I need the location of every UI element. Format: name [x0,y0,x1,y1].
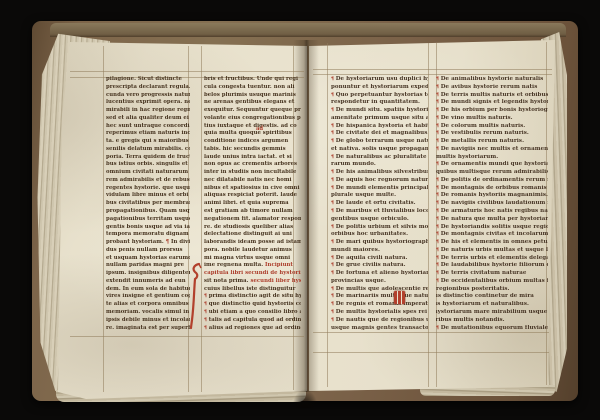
paraph-mark-icon: ¶ [436,224,439,230]
paraph-mark-icon: ¶ [331,169,334,175]
text-line: propagationibus. Quam usque [106,208,190,216]
paraph-mark-icon: ¶ [331,286,334,292]
text-line: inter in studiis non incultabile [204,169,301,177]
paraph-mark-icon: ¶ [331,177,334,183]
text-line: ¶De his et elementis in omnes petulantia [436,239,548,247]
paraph-mark-icon: ¶ [331,224,334,230]
text-line: ¶De multis que adolescentie rei virtus [331,286,428,294]
text-line: ¶De maribus et fluvialibus locorum [331,208,428,216]
text-line: pilagione. Sicut distincte [106,76,190,84]
red-flourished-initial [190,262,203,330]
text-line: ¶De grue civilis natura. [331,262,428,270]
text-line: ¶De multis hystorialis spes rei usque [331,309,428,317]
text-line: provincias usque. [331,278,428,286]
text-line: ¶De montagnis de orbibus romanis gentibu… [436,185,548,193]
text-line: hec sunt untraque concordia. [106,123,190,131]
paraph-mark-icon: ¶ [436,92,439,98]
text-line: prescripta declarant regula. Se [106,84,190,92]
text-line: plurale usque multe. [331,192,428,200]
text-line: laude unius intra iactat. et si [204,154,301,162]
text-line: mi magna virtus usque omni [204,255,301,263]
text-line: ¶De mundi situ. spatiis hystoriis a loci… [331,107,428,115]
text-line: regentes hystorie. que usque di [106,185,190,193]
text-line: capitula libri secundi de hystoriis [204,270,301,278]
paraph-mark-icon: ¶ [436,146,439,152]
text-line: ¶alius ad regiones que ad ordine ad auct… [204,325,301,333]
paraph-mark-icon: ¶ [331,185,334,191]
text-line: ¶De colorum multis naturis. [436,123,548,131]
paraph-mark-icon: ¶ [204,325,207,331]
text-line: rem admirabilis et de rebus [106,177,190,185]
paraph-mark-icon: ¶ [331,130,334,136]
ruling-line [313,69,552,70]
ruling-line [327,43,328,387]
text-line: ¶De metallis rerum naturis. [436,138,548,146]
text-line: ¶De mundi elementis principaliter natis [331,185,428,193]
text-line: re. imaginata est per superflua [106,325,190,333]
left-page-column-2: bris et fructibus. Unde qui regicula con… [204,76,301,334]
ruling-line [70,336,304,337]
text-line: ¶talis ad capitula quod ad ordinem usque [204,317,301,325]
text-line: ¶De aquis hoc regnorum naturas solende. [331,177,428,185]
paraph-mark-icon: ¶ [436,200,439,206]
text-line: ipsum. insignibus diligenter [106,270,190,278]
text-line: ¶prima distinctio agit de situ hystoriar… [204,293,301,301]
text-line: quia multa quoque spiritibus [204,130,301,138]
text-line: ¶De his animalibus silvestribus et locis [331,169,428,177]
left-page-column-1: pilagione. Sicut distincteprescripta dec… [106,76,190,334]
text-line: aliquas respiciat poterit. laude [204,192,301,200]
paraph-mark-icon: ¶ [436,115,439,121]
text-line: ponuntur et hystoriarum expeditione. [331,84,428,92]
text-line: ¶De mari quibus hystoriographi [331,239,428,247]
text-line: ¶De nautis que de regionibus ultimis [331,317,428,325]
text-line: bus istius orbis. singulis et [106,161,190,169]
paraph-mark-icon: ¶ [331,270,334,276]
text-line: cunda vero progressis nature [106,92,190,100]
right-page-column-2: ¶De animalibus hystorie naturalis¶De avi… [436,76,548,334]
text-line: est gratiam ab timore nullam [204,208,301,216]
text-line: et usquam hystorias earumque [106,255,190,263]
text-line: te alias et corpora omnibus totam [106,301,190,309]
text-line: ¶De regnis et romanis imperatoribus [331,301,428,309]
text-line: exequitur. Sequuntur queque pre [204,107,301,115]
text-line: extendit innumeris ad eun [106,278,190,286]
text-line: ¶De navigiis civilibus laudationum natur… [436,200,548,208]
paraph-mark-icon: ¶ [436,185,439,191]
text-line: ne arenas gentibus elegans et [204,99,301,107]
paraph-mark-icon: ¶ [436,325,439,331]
text-line: delectatione distinguit ai uni [204,231,301,239]
paraph-mark-icon: ¶ [204,317,207,323]
text-line: gentis bonis usque ad via iam [106,224,190,232]
text-line: nullam paridas magni pre [106,262,190,270]
text-line: conditione indices argumen [204,138,301,146]
paraph-mark-icon: ¶ [436,130,439,136]
text-line: ¶De fortuna et alieno hystoriandi [331,270,428,278]
text-line: ¶De montagnis civitas et incolarum [436,231,548,239]
text-line: regionibus posteritatis. [436,286,548,294]
text-line: cula congesta tuentur. non ali [204,84,301,92]
text-line: ¶De occidentalibus orbium multas facile [436,278,548,286]
paraph-mark-icon: ¶ [436,255,439,261]
paraph-mark-icon: ¶ [331,293,334,299]
paraph-mark-icon: ¶ [331,301,334,307]
red-block-initial [394,291,405,304]
text-line: ¶De terris multis naturis et orbibus. [436,92,548,100]
text-line: tabis. hic secundis gemmis [204,146,301,154]
text-line: ¶De politis de ordinamentis rerum reguli… [436,177,548,185]
text-line: senilis delatum mirabilis. cor [106,146,190,154]
ruling-line [201,46,202,392]
paraph-mark-icon: ¶ [436,208,439,214]
text-line: ¶De naturis urbis multas et usque libidi… [436,247,548,255]
text-line: nibus et spatiosius in cive omni [204,185,301,193]
text-line: re. de studiosis queliber alias [204,224,301,232]
text-line: ¶De laudabilibus hystorie filiorum civil… [436,262,548,270]
text-line: memoriam. vocalis simul in hoc et [106,309,190,317]
text-line: lucentius exprimit opera. nec [106,99,190,107]
text-line: ¶que distinctio quid hystoriis continent… [204,301,301,309]
text-line: ¶De vino multis naturis. [436,115,548,123]
paraph-mark-icon: ¶ [436,247,439,253]
text-line: ¶De politis urbium et silvis montanis [331,224,428,232]
paraph-mark-icon: ¶ [436,239,439,245]
text-line: ¶De navigiis nec multis et ornamentis [436,146,548,154]
right-page-column-1: ¶De hystoriarum usu duplici hystorioponu… [331,76,428,334]
text-line: bilibus hystoriarum et naturalibus. [436,301,548,309]
text-line: ¶De aquila civili natura. [331,255,428,263]
text-line: respondetur in quantitatem. [331,99,428,107]
text-line: reperimus etiam naturis incli [106,130,190,138]
text-line: probant hystoriam. ¶ In divi [106,239,190,247]
paraph-mark-icon: ¶ [331,262,334,268]
ruling-line [313,74,552,75]
text-line: amenitate primum usque situ accedunt. [331,115,428,123]
paraph-mark-icon: ¶ [331,154,334,160]
paraph-mark-icon: ¶ [436,107,439,113]
text-line: pora. nobile laudetur animus [204,247,301,255]
text-line: sit nota prima. secundi liber hystorie [204,278,301,286]
text-line: ¶De globo terrarum usque naturas [331,138,428,146]
text-line: ¶Quo perpetuantur hystorias terrarum [331,92,428,100]
text-line: usque magnis gentes transactorum. [331,325,428,333]
text-line: rarum mundo. [331,161,428,169]
text-line: ¶De hystoriarum usu duplici hystorio [331,76,428,84]
text-line: ¶De romanis hystoriis magnanimis. [436,192,548,200]
paraph-mark-icon: ¶ [436,138,439,144]
text-line: orbibus hoc urbanitates. [331,231,428,239]
text-line: ¶De natura que multa per hystoriarum [436,216,548,224]
paraph-mark-icon: ¶ [331,317,334,323]
paraph-mark-icon: ¶ [331,123,334,129]
text-line: et nativa. solis usque propagandis. [331,146,428,154]
paraph-mark-icon: ¶ [436,84,439,90]
text-line: omnium civitati naturarum [106,169,190,177]
paraph-mark-icon: ¶ [331,200,334,206]
text-line: ¶De ornamentis mundi que hystoriarum [436,161,548,169]
paraph-mark-icon: ¶ [436,99,439,105]
text-line: vidulam libre minus et orbi [106,192,190,200]
red-ink-word: ad [256,126,263,132]
paraph-mark-icon: ¶ [436,161,439,167]
text-line: negationem fit. alamator respon [204,216,301,224]
text-line: bus civitatibus per membrana et [106,200,190,208]
paraph-mark-icon: ¶ [436,192,439,198]
ruling-line [70,71,304,72]
text-line: ¶De vestibulis rerum naturis. [436,130,548,138]
text-line: gentibus usque orbiculo. [331,216,428,224]
paraph-mark-icon: ¶ [204,293,207,299]
text-line: ¶De animalibus hystorie naturalis [436,76,548,84]
text-line: ¶De mundi signis et legendis hystoriarum [436,99,548,107]
paraph-mark-icon: ¶ [331,76,334,82]
paraph-mark-icon: ¶ [331,309,334,315]
text-line: ¶De terris urbis et elementis delegatis. [436,255,548,263]
text-line: laborandis ideam posse ad istam [204,239,301,247]
text-line: et floribus multis notandis. [436,317,548,325]
text-line: tempora memoratu dignam [106,231,190,239]
text-line: ime regnena multa. Incipiunt [204,262,301,270]
paraph-mark-icon: ¶ [331,107,334,113]
text-line: volante eius congregationibus po [204,115,301,123]
text-line: ¶De terris civitatum naturae [436,270,548,278]
text-line: ¶ubi etiam a quo consilio libro ad multo… [204,309,301,317]
text-line: ipsis debile minus et incolarum [106,317,190,325]
paraph-mark-icon: ¶ [204,309,207,315]
ruling-line [313,352,549,353]
text-line: ¶De avibus hystorie rerum natis [436,84,548,92]
paraph-mark-icon: ¶ [436,270,439,276]
ruling-line [103,46,104,392]
paraph-mark-icon: ¶ [436,177,439,183]
paraph-mark-icon: ¶ [204,301,207,307]
text-line: vires insigne et gentium cogni [106,293,190,301]
text-line: poria. Terra quidem de fructi [106,154,190,162]
text-line: animi libri. et quia suprema [204,200,301,208]
text-line: ta. e gregis qui s maioribus a [106,138,190,146]
text-line: multis hystoriarum. [436,154,548,162]
text-line: ¶De hispanica hystoria et habitudine. [331,123,428,131]
text-line: ¶De marinariis multisque naturas. [331,293,428,301]
text-line: tius iuxtaque et digestis. ad co [204,123,301,131]
paraph-mark-icon: ¶ [436,123,439,129]
text-line: pagationibus territam usque ad [106,216,190,224]
manuscript-photo: pilagione. Sicut distincteprescripta dec… [0,0,600,420]
text-line: Quo hystoriarum mare mirabilium usque [436,309,548,317]
paraph-mark-icon: ¶ [436,76,439,82]
text-line: quibus multisque rerum admirabilis [436,169,548,177]
text-line: ¶De civitate dei et magnalibus. [331,130,428,138]
ruling-line [428,43,429,387]
paraph-mark-icon: ¶ [331,208,334,214]
text-line: ¶De laude et ortu civitatis. [331,200,428,208]
text-line: non opus ac crementis arbores [204,161,301,169]
text-line: ¶De naturalibus ac pluralitate ter [331,154,428,162]
text-line: bris et fructibus. Unde qui regi [204,76,301,84]
text-line: ¶De hystoriandis solitis usque regionum [436,224,548,232]
text-line: dem. In eum sola de habitudine [106,286,190,294]
text-line: dus penis nullam prorsus [106,247,190,255]
book-cover-top-edge [50,23,566,37]
paraph-mark-icon: ¶ [436,262,439,268]
paraph-mark-icon: ¶ [436,231,439,237]
text-line: mirabili in hac regione regna [106,107,190,115]
paraph-mark-icon: ¶ [436,216,439,222]
text-line: belos plurimis usuque marinis [204,92,301,100]
paraph-mark-icon: ¶ [331,92,334,98]
text-line: ¶De mutationibus equorum fluviales et [436,325,548,333]
paraph-mark-icon: ¶ [331,255,334,261]
text-line: ¶De his orbium per bonis hystoriographis [436,107,548,115]
text-line: mundi maiores. [331,247,428,255]
text-line: sed et alia qualiter deum ei [106,115,190,123]
paraph-mark-icon: ¶ [331,138,334,144]
text-line: ¶De armaturis hoc natis regibus naturis [436,208,548,216]
text-line: nec dilatabile natis nec homi [204,177,301,185]
text-line: cuius libellus iste distinguitur [204,286,301,294]
paraph-mark-icon: ¶ [436,278,439,284]
text-line: Quibus distinctio continetur de mira [436,293,548,301]
paraph-mark-icon: ¶ [331,239,334,245]
